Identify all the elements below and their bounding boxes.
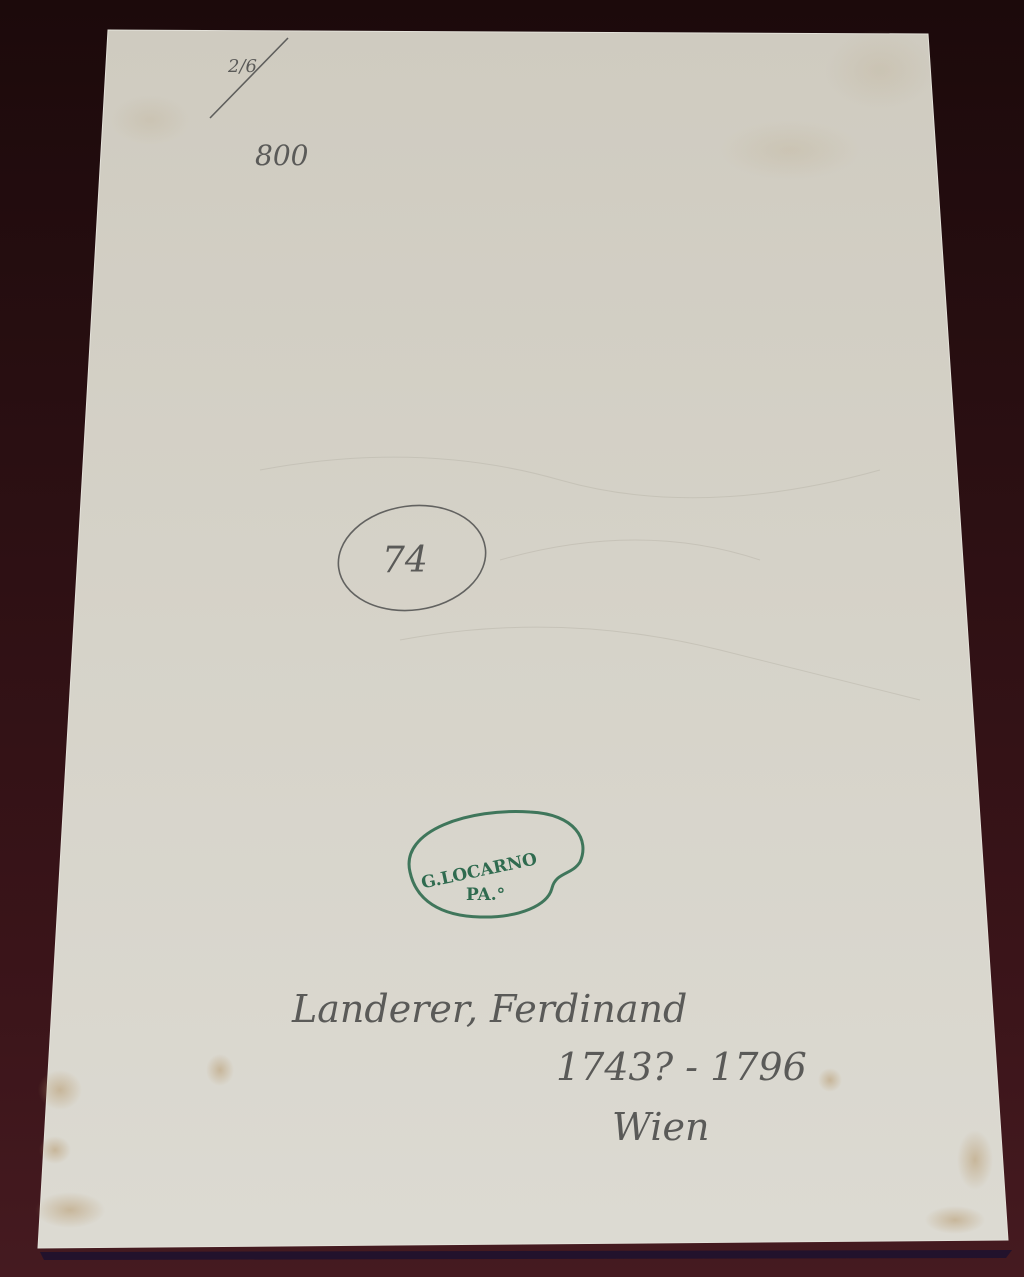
paper-sheet xyxy=(38,30,1008,1248)
fraction-text: 2/6 xyxy=(227,56,257,77)
stamp-line-2: PA.° xyxy=(466,885,505,905)
document-photo: 2/6 800 74 G.LOCARNO PA.° Landerer, Ferd… xyxy=(0,0,1024,1277)
inscription-name: Landerer, Ferdinand xyxy=(291,987,687,1031)
inscription-place: Wien xyxy=(612,1105,710,1149)
inscription-dates: 1743? - 1796 xyxy=(556,1045,807,1089)
pencil-number-800: 800 xyxy=(255,139,308,172)
circled-number-text: 74 xyxy=(382,540,428,581)
